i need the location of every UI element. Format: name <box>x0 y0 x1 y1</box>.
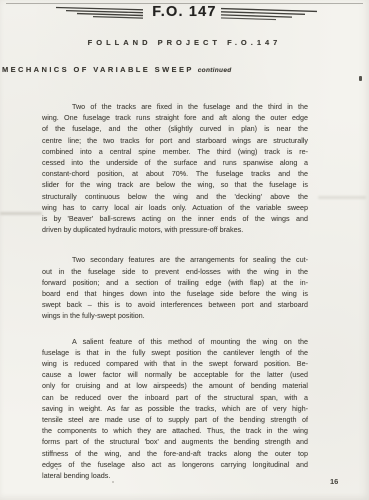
text-line: swept back – this is to avoid interferen… <box>42 299 308 310</box>
text-line: forward position; and a section of trail… <box>42 277 308 288</box>
text-line: cause a lower factor will normally be ac… <box>42 369 308 380</box>
text-line: of the fuselage, and the other (slightly… <box>42 123 308 134</box>
section-heading: MECHANICS OF VARIABLE SWEEPcontinued <box>2 65 232 74</box>
text-line: combined into a central spine member. Th… <box>42 146 308 157</box>
page-number: 16 <box>330 477 338 486</box>
scan-smudge <box>318 196 366 199</box>
section-title: MECHANICS OF VARIABLE SWEEP <box>2 65 194 74</box>
text-line: saving in weight. As far as possible the… <box>42 403 308 414</box>
section-continued-label: continued <box>198 67 232 74</box>
text-line: wing. One fuselage track runs straight f… <box>42 112 308 123</box>
project-title: FOLLAND PROJECT F.O.147 <box>0 38 369 47</box>
text-line: cessed into the underside of the surface… <box>42 157 308 168</box>
paragraph-3: A salient feature of this method of moun… <box>42 336 308 482</box>
body-text: Two of the tracks are fixed in the fusel… <box>42 101 308 481</box>
text-line: lateral bending loads. <box>42 470 308 481</box>
text-line: Two of the tracks are fixed in the fusel… <box>42 101 308 112</box>
document-page: F.O. 147 FOLLAND PROJECT F.O.147 MECHANI… <box>0 0 369 500</box>
text-line: wings in the fully-swept position. <box>42 310 308 321</box>
text-line: can be reduced over the inboard part of … <box>42 392 308 403</box>
text-line: fuselage is that in the fully swept posi… <box>42 347 308 358</box>
banner-title: F.O. 147 <box>0 4 369 20</box>
scan-smudge <box>0 212 42 215</box>
text-line: edges of the fuselage also act as longer… <box>42 459 308 470</box>
paragraph-1: Two of the tracks are fixed in the fusel… <box>42 101 308 235</box>
text-line: the components to which they are attache… <box>42 425 308 436</box>
text-line: wing has to carry local air loads only. … <box>42 202 308 213</box>
text-line: only for cruising and at low airspeeds) … <box>42 380 308 391</box>
text-line: board end that hinges down into the fuse… <box>42 288 308 299</box>
text-line: stiffness of the wing, and the fore-and-… <box>42 448 308 459</box>
text-line: A salient feature of this method of moun… <box>42 336 308 347</box>
text-line: slider for the wing track are below the … <box>42 179 308 190</box>
text-line: is by 'Beaver' ball-screws acting on the… <box>42 213 308 224</box>
text-line: centre line; the two tracks for port and… <box>42 135 308 146</box>
scan-speck <box>56 468 58 470</box>
scan-speck <box>112 481 114 483</box>
text-line: constant-chord position, at about 70%. T… <box>42 168 308 179</box>
page-header-banner: F.O. 147 <box>0 0 369 28</box>
text-line: out in the fuselage side to prevent end-… <box>42 266 308 277</box>
text-line: Two secondary features are the arrangeme… <box>42 254 308 265</box>
text-line: forms part of the structural 'box' and a… <box>42 436 308 447</box>
text-line: structurally continuous below the wing a… <box>42 191 308 202</box>
paragraph-2: Two secondary features are the arrangeme… <box>42 254 308 321</box>
text-line: driven by duplicated hydraulic motors, w… <box>42 224 308 235</box>
text-line: tensile steel are made use of to supply … <box>42 414 308 425</box>
scan-speck <box>359 76 362 81</box>
text-line: wing is reduced compared with that in th… <box>42 358 308 369</box>
